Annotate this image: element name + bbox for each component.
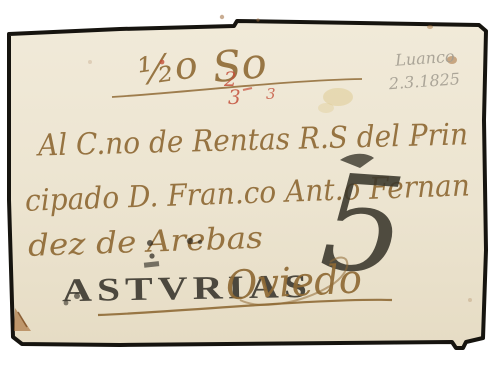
paper-stain [427, 25, 433, 29]
red-chalk-dot [160, 60, 165, 65]
paper-stain [318, 103, 334, 113]
red-chalk-lower: 3 [228, 85, 241, 109]
foxing-spot [468, 298, 472, 302]
foxing-spot [220, 15, 224, 19]
cover-photo-svg: Luanco 2.3.1825 ½o So 2 3 3 Al C.no de R… [0, 0, 500, 375]
rate-mark-left: ½o [135, 42, 200, 94]
foxing-spot [88, 60, 92, 64]
red-chalk-small: 3 [266, 85, 276, 103]
auction-lot-photo: Luanco 2.3.1825 ½o So 2 3 3 Al C.no de R… [0, 0, 500, 375]
foxing-spot [256, 18, 259, 21]
